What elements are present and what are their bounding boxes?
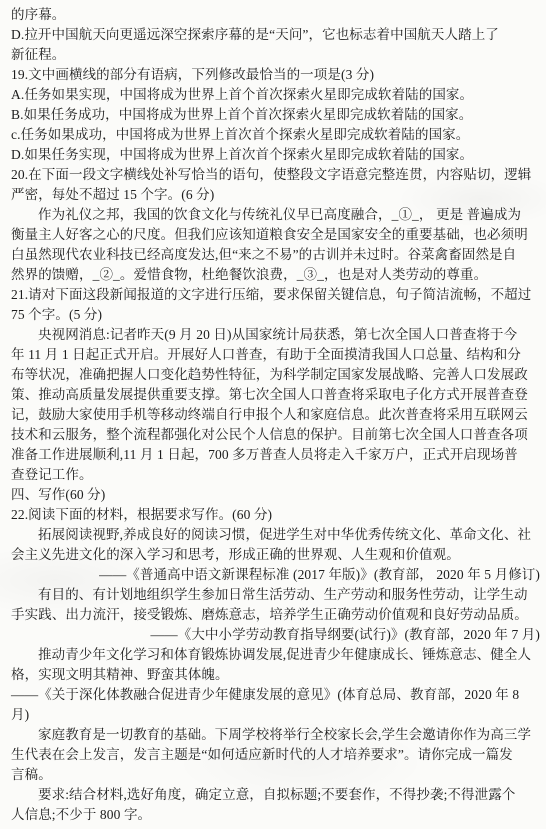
text-line: 的序幕。: [11, 5, 540, 25]
text-line: 人信息;不少于 800 字。: [11, 805, 540, 825]
text-line: 手实践、出力流汗，接受锻炼、磨炼意志，培养学生正确劳动价值观和良好劳动品质。: [11, 605, 540, 625]
text-line: 格，实现文明其精神、野蛮其体魄。: [11, 665, 540, 685]
text-line: 22.阅读下面的材料，根据要求写作。(60 分): [11, 505, 540, 525]
text-line: A.任务如果实现，中国将成为世界上首个首次探索火星即完成软着陆的国家。: [11, 85, 540, 105]
text-line: 有目的、有计划地组织学生参加日常生活劳动、生产劳动和服务性劳动，让学生动: [11, 585, 540, 605]
text-line: 作为礼仪之邦，我国的饮食文化与传统礼仪早已高度融合，_①_， 更是 普遍成为: [11, 205, 540, 225]
text-line: 生代表在会上发言，发言主题是“如何适应新时代的人才培养要求”。请你完成一篇发: [11, 745, 540, 765]
text-line: 记，鼓励大家使用手机等移动终端自行申报个人和家庭信息。此次普查将采用互联网云: [11, 405, 540, 425]
text-line: D.拉开中国航天向更遥远深空探索序幕的是“天问”，它也标志着中国航天人踏上了: [11, 25, 540, 45]
text-line: 准备工作进展顺利,11 月 1 日起，700 多万普查人员将走入千家万户，正式开…: [11, 445, 540, 465]
text-line: 要求:结合材料,选好角度，确定立意，自拟标题;不要套作，不得抄袭;不得泄露个: [11, 785, 540, 805]
text-line: 21.请对下面这段新闻报道的文字进行压缩，要求保留关键信息，句子简洁流畅，不超过: [11, 285, 540, 305]
text-line: 推动青少年文化学习和体育锻炼协调发展,促进青少年健康成长、锤炼意志、健全人: [11, 645, 540, 665]
text-line: 严密，每处不超过 15 个字。(6 分): [11, 185, 540, 205]
text-line: 新征程。: [11, 45, 540, 65]
text-line: D.如果任务实现，中国将成为世界上首次首个探索火星即完成软着陆的国家。: [11, 145, 540, 165]
text-line: 布等状况，准确把握人口变化趋势性特征，为科学制定国家发展战略、完善人口发展政: [11, 365, 540, 385]
text-line: 白虽然现代农业科技已经高度发达,但“来之不易”的古训并未过时。谷菜禽畜固然是自: [11, 245, 540, 265]
text-line: 央视网消息:记者昨天(9 月 20 日)从国家统计局获悉，第七次全国人口普查将于…: [11, 325, 540, 345]
text-line: 月): [11, 705, 540, 725]
text-line: 年 11 月 1 日起正式开启。开展好人口普查，有助于全面摸清我国人口总量、结构…: [11, 345, 540, 365]
text-line: 策、推动高质量发展提供重要支撑。第七次全国人口普查将采取电子化方式开展普查登: [11, 385, 540, 405]
text-line: 拓展阅读视野,养成良好的阅读习惯，促进学生对中华优秀传统文化、革命文化、社: [11, 525, 540, 545]
text-line: B.如果任务成功，中国将成为世界上首个首次探索火星即完成软着陆的国家。: [11, 105, 540, 125]
text-line: 75 个字。(5 分): [11, 305, 540, 325]
text-line: 家庭教育是一切教育的基础。下周学校将举行全校家长会,学生会邀请你作为高三学: [11, 725, 540, 745]
text-line: ——《大中小学劳动教育指导纲要(试行)》(教育部，2020 年 7 月): [11, 625, 540, 645]
document-page: 的序幕。D.拉开中国航天向更遥远深空探索序幕的是“天问”，它也标志着中国航天人踏…: [0, 0, 546, 829]
text-line: 言稿。: [11, 765, 540, 785]
text-line: 衡量主人好客之心的尺度。但我们应该知道粮食安全是国家安全的重要基础，也必须明: [11, 225, 540, 245]
text-line: c.任务如果成功，中国将成为世界上首次首个探索火星即完成软着陆的国家。: [11, 125, 540, 145]
text-line: 20.在下面一段文字横线处补写恰当的语句，使整段文字语意完整连贯，内容贴切，逻辑: [11, 165, 540, 185]
text-line: ——《普通高中语文新课程标准 (2017 年版)》(教育部， 2020 年 5 …: [11, 565, 540, 585]
text-line: ——《关于深化体教融合促进青少年健康发展的意见》(体育总局、教育部，2020 年…: [11, 685, 540, 705]
text-line: 技术和云服务，整个流程都强化对公民个人信息的保护。目前第七次全国人口普查各项: [11, 425, 540, 445]
text-line: 查登记工作。: [11, 465, 540, 485]
text-line: 四、写作(60 分): [11, 485, 540, 505]
text-line: 然界的馈赠，_②_。爱惜食物，杜绝餐饮浪费，_③_，也是对人类劳动的尊重。: [11, 265, 540, 285]
text-line: 会主义先进文化的深入学习和思考，形成正确的世界观、人生观和价值观。: [11, 545, 540, 565]
text-line: 19.文中画横线的部分有语病，下列修改最恰当的一项是(3 分): [11, 65, 540, 85]
